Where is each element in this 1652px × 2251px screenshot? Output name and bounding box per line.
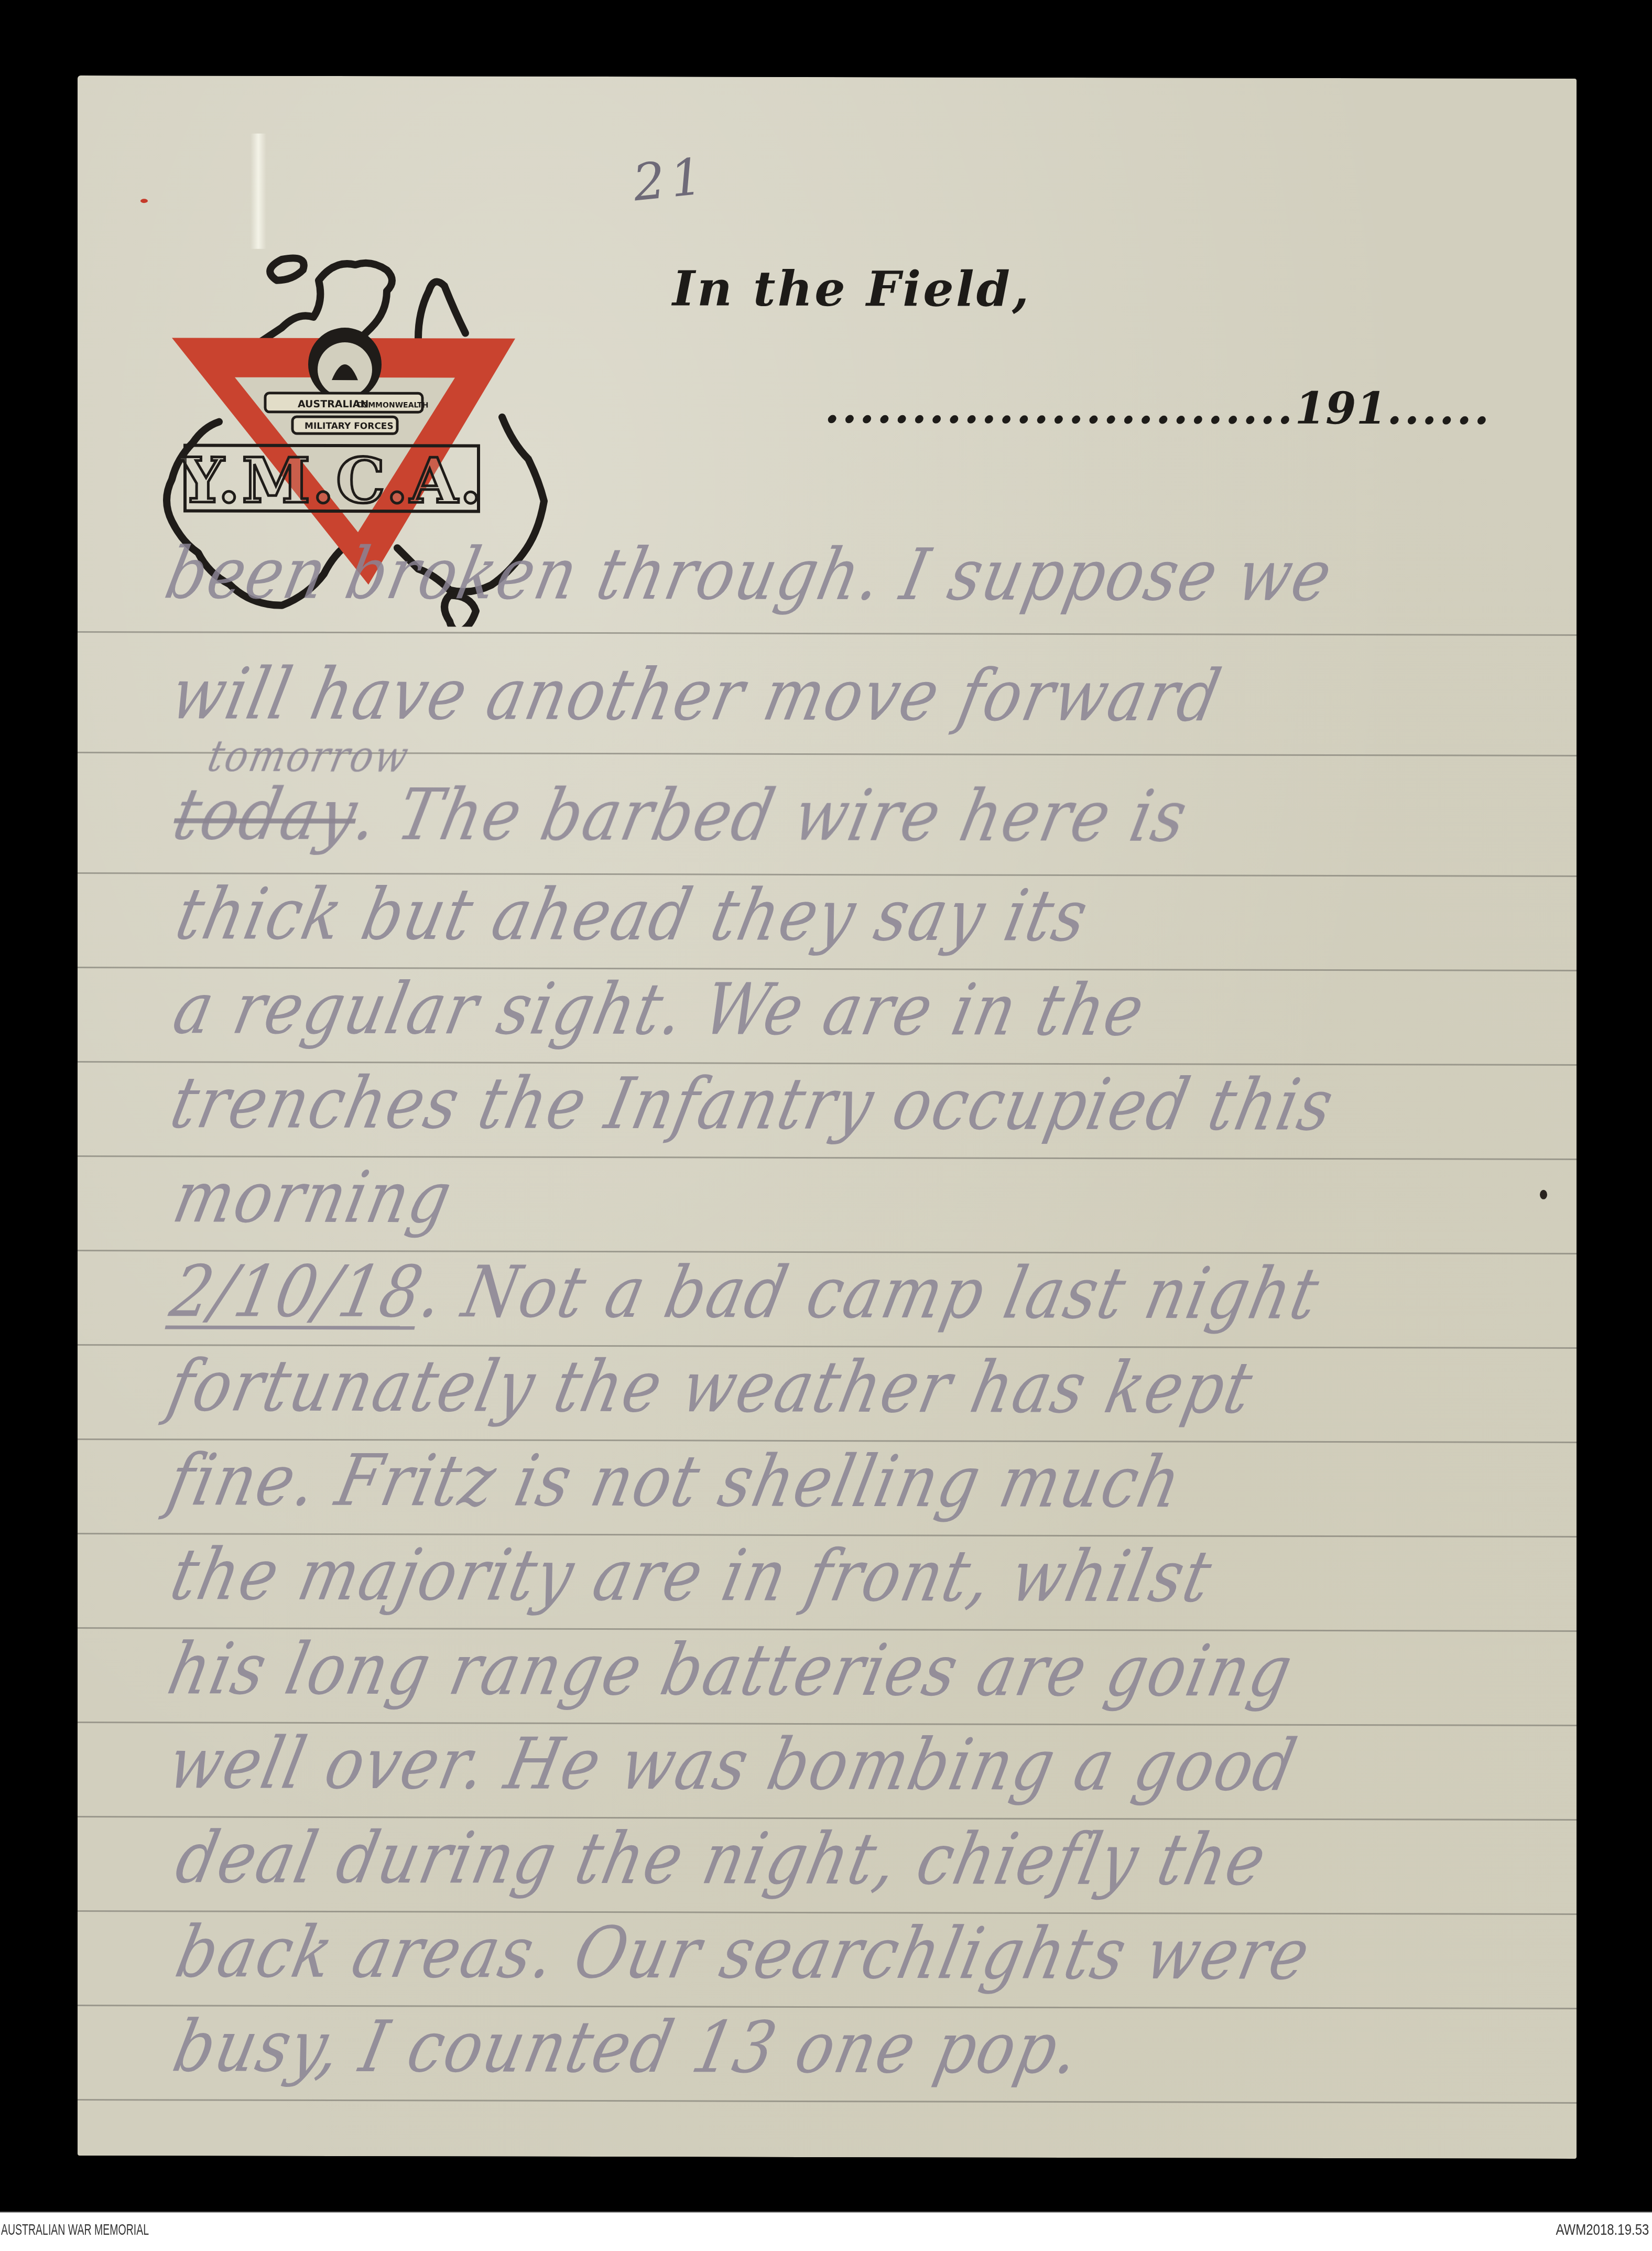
handwritten-line: 2/10/18. Not a bad camp last night [164,1250,1327,1335]
handwritten-line: his long range batteries are going [161,1627,1301,1713]
ymca-wordmark: Y.M.C.A. [179,443,483,517]
handwritten-line: morning [167,1155,460,1239]
accession-number: AWM2018.19.53 [1556,2221,1649,2239]
letter-page: 21 AUSTRALIAN COMMONWEALTH MILI [78,75,1577,2159]
archive-footer: AUSTRALIAN WAR MEMORIAL AWM2018.19.53 [0,2212,1652,2251]
svg-text:Y.M.C.A.: Y.M.C.A. [179,443,483,517]
letterhead-place: In the Field, [672,260,1031,317]
handwritten-line: deal during the night, chiefly the [169,1816,1274,1901]
red-ink-speck [140,199,148,203]
handwritten-line: back areas. Our searchlights were [169,1910,1318,1996]
scan-background: 21 AUSTRALIAN COMMONWEALTH MILI [0,0,1652,2212]
inserted-word: tomorrow [203,730,414,781]
date-year-prefix: 191 [1295,382,1387,434]
date-fill-dots: ........................... [824,381,1295,434]
svg-text:MILITARY FORCES: MILITARY FORCES [305,421,394,431]
entry-date: 2/10/18 [164,1250,431,1334]
handwritten-line: will have another move forward [164,652,1229,738]
struck-through-word: today tomorrow [167,773,366,856]
ruled-line [78,631,1577,636]
handwritten-line: the majority are in front, whilst [164,1533,1220,1618]
institution-label: AUSTRALIAN WAR MEMORIAL [1,2221,149,2239]
ruled-line [78,2099,1577,2104]
page-number: 21 [631,146,711,212]
handwritten-line: thick but ahead they say its [169,872,1096,957]
handwritten-line: fortunately the weather has kept [161,1344,1261,1430]
handwritten-line: busy, I counted 13 one pop. [167,2005,1088,2090]
handwritten-line: today tomorrow . The barbed wire here is [167,773,1195,858]
handwritten-line: fine. Fritz is not shelling much [161,1438,1189,1524]
handwritten-line: a regular sight. We are in the [167,967,1153,1052]
handwritten-line: been broken through. I suppose we [159,532,1340,617]
year-fill-dots: ...... [1387,382,1491,434]
letterhead-date-line: ...........................191...... [824,381,1491,435]
svg-text:COMMONWEALTH: COMMONWEALTH [356,401,428,409]
ink-spot [1540,1190,1547,1199]
handwritten-line: trenches the Infantry occupied this [164,1061,1342,1146]
handwritten-line: well over. He was bombing a good [161,1722,1305,1807]
